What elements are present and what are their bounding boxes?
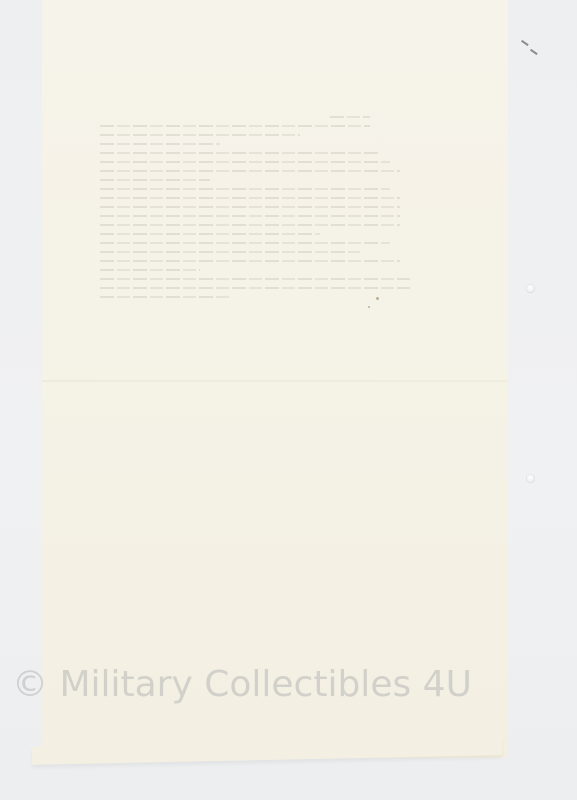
paper-stain [368, 306, 370, 308]
watermark-text: © Military Collectibles 4U [12, 664, 572, 705]
paper-stain [376, 297, 379, 300]
pencil-mark [530, 49, 537, 55]
punch-hole-bottom [526, 474, 535, 483]
paper-fold-line [42, 380, 508, 382]
bleed-through-text [100, 116, 400, 305]
punch-hole-top [526, 284, 535, 293]
pencil-mark [521, 40, 528, 46]
paper-sheet [42, 0, 508, 758]
